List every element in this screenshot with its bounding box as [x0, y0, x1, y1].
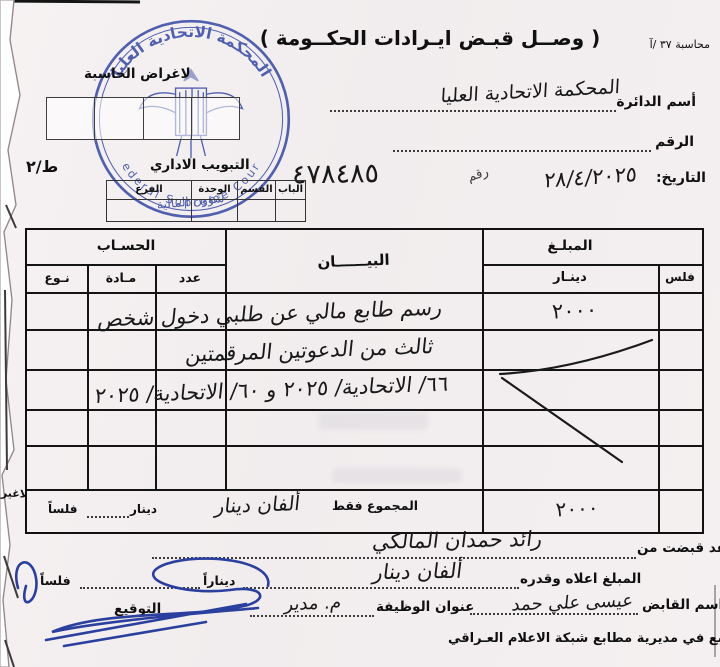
department-handwritten-value: المحكمة الاتحادية العليا [372, 76, 621, 111]
table-line [155, 264, 157, 489]
number-dotted-line [393, 150, 651, 152]
table-line [27, 292, 702, 294]
bleed-through-mark [332, 468, 462, 483]
department-label: أسم الدائرة [616, 94, 696, 110]
job-title-label: عنوان الوظيفة [376, 599, 474, 615]
purpose-label: لاغراض الحاسبة [84, 66, 191, 82]
table-line [87, 264, 89, 489]
form-code: ط/٢ [26, 157, 58, 176]
scan-mark-right [714, 585, 716, 657]
fils-header: فلس [658, 270, 702, 284]
table-line [27, 264, 225, 266]
total-fils-label: فلساً [48, 502, 77, 516]
total-amount-words-handwritten: ألفان دينار [184, 490, 331, 519]
classification-table: الباب القسم الوحدة الفرع [106, 180, 306, 222]
count-header: عدد [155, 270, 225, 285]
classification-box-cell [94, 98, 142, 139]
amount-in-words-handwritten: ألفان دينار [329, 558, 507, 585]
receipt-document: محاسبة ٣٧ /آ ( وصــل قبـض ايـرادات الحكـ… [0, 0, 720, 667]
classification-box-cell [47, 98, 94, 139]
classification-box [46, 97, 240, 140]
class-col-far: الفرع [107, 181, 191, 200]
classification-box-cell [191, 98, 239, 139]
receiver-name-label: اسم القابض [642, 597, 720, 613]
bleed-through-mark [318, 412, 428, 430]
dinar-header: دينـار [482, 270, 658, 285]
total-label: المجموع فقط [332, 498, 418, 513]
handwritten-bracket [472, 322, 664, 474]
page-title: ( وصــل قبـض ايـرادات الحكــومة ) [250, 26, 610, 50]
class-cell-empty [191, 200, 237, 221]
class-col-bab: الباب [275, 181, 305, 200]
amount-header: المبلـغ [482, 238, 658, 254]
received-from-handwritten: رائد حمدان المالكي [329, 526, 587, 555]
class-cell-empty [237, 200, 275, 221]
total-dinar-value-handwritten: ٢٠٠٠ [531, 494, 622, 523]
dinar-amount-handwritten: ٢٠٠٠ [527, 296, 623, 325]
class-cell-empty [107, 200, 191, 221]
amount-in-words-label: المبلغ اعلاه وقدره [520, 571, 641, 587]
description-line-2: ثالث من الدعوتين المرقمتين [126, 332, 493, 369]
tabulation-label: التبويب الاداري [150, 157, 250, 173]
received-from-label: لقد قبضت من [637, 540, 720, 556]
accounting-ref: محاسبة ٣٧ /آ [650, 38, 710, 51]
classification-box-cell [143, 98, 191, 139]
material-header: مـادة [87, 270, 155, 285]
total-only-label: لاغير [1, 486, 29, 500]
class-cell-empty [275, 200, 305, 221]
receipt-no-word-stamp: رقم [466, 164, 491, 185]
date-handwritten-value: ٢٨/٤/٢٠٢٥ [511, 162, 637, 195]
description-line-3: ٦٦/ الاتحادية/ ٢٠٢٥ و ٦٠/ الاتحادية/ ٢٠٢… [48, 370, 495, 410]
amounts-table: المبلـغ فلس دينـار البيــــــان الحسـاب … [25, 228, 704, 534]
table-line [482, 264, 702, 266]
class-col-wahda: الوحدة [191, 181, 237, 200]
table-line [27, 489, 702, 491]
type-header: نـوع [27, 270, 87, 285]
account-header: الحسـاب [27, 238, 225, 254]
description-line-1: رسم طابع مالي عن طلبي دخول شخص [54, 294, 486, 333]
number-label: الرقم [655, 134, 694, 150]
total-dinar-label: دينار [130, 502, 157, 516]
class-col-qism: القسم [237, 181, 275, 200]
signature-ink [6, 548, 290, 652]
description-header: البيــــــان [225, 248, 482, 275]
date-label: التاريخ: [656, 170, 706, 186]
print-house-footer: طبع في مديرية مطابع شبكة الاعلام العـراق… [448, 631, 720, 646]
total-dotted-line [87, 516, 129, 518]
receiver-name-handwritten: عيسى علي حمد [504, 590, 641, 616]
